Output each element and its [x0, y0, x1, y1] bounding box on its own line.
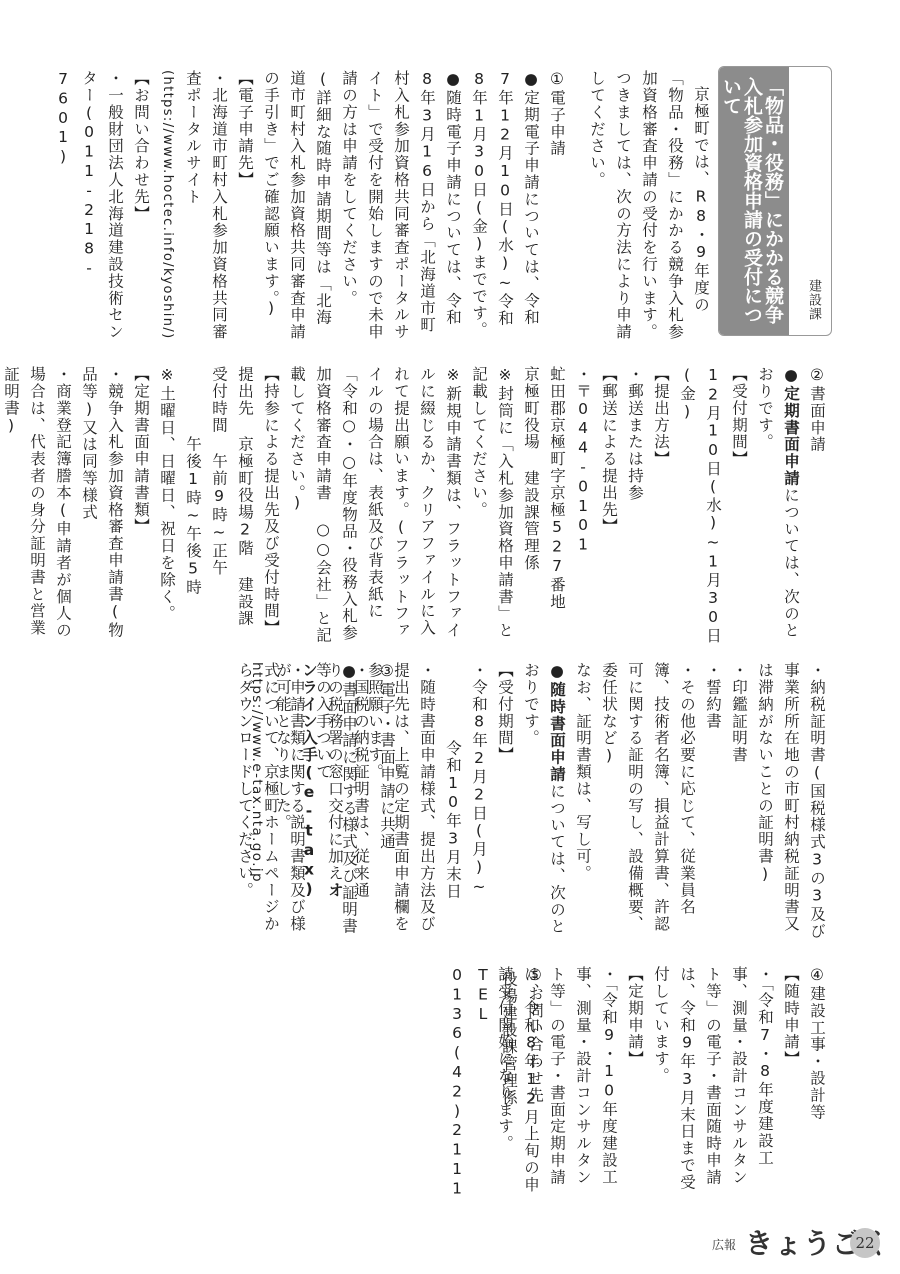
department-label: 建設課 [804, 279, 823, 321]
section-2-part-a: ②書面申請 ●定期書面申請については、次のとおりです。 【受付期間】 12月10… [70, 366, 830, 646]
doc-item: ・商業登記簿謄本(申請者が個人の場合は、代表者の身分証明書と営業証明書) [0, 366, 76, 646]
section-1-contact-item: ・一般財団法人北海道建設技術センター(011-218-7601) [50, 70, 128, 342]
section-3-body: ・国税の納税証明書は、従来通りの税務署の窓口交付に加えオンライン入手(e-tax… [270, 662, 374, 907]
section-4-anytime-text: ・「令和7・8年度建設工事、測量・設計コンサルタント等」の電子・書面随時申請は、… [648, 966, 778, 1196]
carry-note: ※土曜日、日曜日、祝日を除く。 [154, 366, 180, 646]
doc-item: ・印鑑証明書 [726, 662, 752, 942]
section-5-heading: ⑤お問い合わせ先 [522, 966, 548, 1196]
section-2-heading: ②書面申請 [804, 366, 830, 646]
section-4-anytime-label: 【随時申請】 [778, 966, 804, 1196]
etax-text-pre: ・国税の納税証明書は、従来通りの税務署の窓口交付に加え [326, 662, 370, 899]
publication-prefix: 広報 [712, 1236, 736, 1253]
docs-label: 【定期書面申請書類】 [128, 366, 154, 646]
section-1-dest-label: 【電子申請先】 [232, 70, 258, 342]
period-value: 12月10日(水)~1月30日(金) [674, 366, 726, 646]
method-label: 【提出方法】 [648, 366, 674, 646]
carry-label: 【持参による提出先及び受付時間】 [258, 366, 284, 646]
section-2-regular-lead: ●定期書面申請については、次のとおりです。 [752, 366, 804, 646]
carry-hours-am: 受付時間 午前9時~正午 [206, 366, 232, 646]
section-1-heading: ①電子申請 [544, 70, 570, 342]
article-header: 「物品・役務」にかかる競争入札参加資格申請の受付について 建設課 [718, 66, 832, 336]
header-title-band: 「物品・役務」にかかる競争入札参加資格申請の受付について [719, 67, 789, 335]
page-footer: 広報 きょうごく 22 [690, 1228, 890, 1258]
section-1-regular: ●定期電子申請については、令和7年12月10日(水)~令和8年1月30日(金)ま… [466, 70, 544, 342]
doc-item: ・その他必要に応じて、従業員名簿、技術者名簿、損益計算書、許認可に関する証明の写… [596, 662, 700, 942]
carry-hours-pm: 午後1時~午後5時 [180, 366, 206, 646]
etax-url[interactable]: https://www.e-tax.nta.go.jp [244, 662, 270, 907]
section-2-part-b: ・納税証明書(国税様式3の3及び事業所所在地の市町村納税証明書又は滞納がないこと… [390, 662, 830, 942]
section-4-regular-label: 【定期申請】 [622, 966, 648, 1196]
page-number-badge: 22 [850, 1228, 880, 1258]
doc-item: ・誓約書 [700, 662, 726, 942]
section-3: ③電子・書面申請に共通 ・国税の納税証明書は、従来通りの税務署の窓口交付に加えオ… [120, 662, 400, 907]
anytime-lead-bold: ●随時書面申請 [548, 662, 566, 783]
section-1-contact-label: 【お問い合わせ先】 [128, 70, 154, 342]
anytime-period-end: 令和10年3月末日 [440, 662, 466, 942]
intro-paragraph: 京極町では、R8・9年度の「物品・役務」にかかる競争入札参加資格審査申請の受付を… [584, 70, 714, 342]
section-3-heading: ③電子・書面申請に共通 [374, 662, 400, 907]
anytime-lead: ●随時書面申請については、次のとおりです。 [518, 662, 570, 942]
section-1: ①電子申請 ●定期電子申請については、令和7年12月10日(水)~令和8年1月3… [80, 70, 570, 342]
anytime-period-start: ・令和8年2月2日(月)~ [466, 662, 492, 942]
etax-text-post: が可能となりました。 [274, 662, 292, 831]
article-title: 「物品・役務」にかかる競争入札参加資格申請の受付について [720, 77, 783, 327]
section-1-dest-url[interactable]: (https://www.hoctec.info/kyoshin/) [154, 70, 180, 342]
new-application-note: ※新規申請書類は、フラットファイルに綴じるか、クリアファイルに入れて提出願います… [284, 366, 466, 646]
section-4-heading: ④建設工事・設計等 [804, 966, 830, 1196]
section-5: ⑤お問い合わせ先 役場建設課管理係 TEL 0136(42)2111 [463, 966, 548, 1196]
anytime-period-label: 【受付期間】 [492, 662, 518, 942]
method-value: ・郵送または持参 [622, 366, 648, 646]
mail-zip: ・〒044-0101 [570, 366, 596, 646]
carry-dest: 提出先 京極町役場2階 建設課 [232, 366, 258, 646]
period-label: 【受付期間】 [726, 366, 752, 646]
doc-item: ・競争入札参加資格審査申請書(物品等)又は同等様式 [76, 366, 128, 646]
copy-note: なお、証明書類は、写し可。 [570, 662, 596, 942]
section-1-dest-item: ・北海道市町村入札参加資格共同審査ポータルサイト [180, 70, 232, 342]
section-1-anytime: ●随時電子申請については、令和8年3月16日から「北海道市町村入札参加資格共同審… [258, 70, 466, 342]
mail-address: 虻田郡京極町字京極527番地 [544, 366, 570, 646]
section-5-tel: TEL 0136(42)2111 [444, 966, 496, 1196]
regular-lead-bold: ●定期書面申請 [782, 366, 800, 487]
mail-office: 京極町役場 建設課管理係 [518, 366, 544, 646]
mail-label: 【郵送による提出先】 [596, 366, 622, 646]
section-4: ④建設工事・設計等 【随時申請】 ・「令和7・8年度建設工事、測量・設計コンサル… [560, 966, 830, 1196]
intro-text: 京極町では、R8・9年度の「物品・役務」にかかる競争入札参加資格審査申請の受付を… [584, 70, 714, 342]
section-5-office: 役場建設課管理係 [496, 966, 522, 1196]
envelope-note: ※封筒に「入札参加資格申請書」と記載してください。 [466, 366, 518, 646]
doc-item: ・納税証明書(国税様式3の3及び事業所所在地の市町村納税証明書又は滞納がないこと… [752, 662, 830, 942]
